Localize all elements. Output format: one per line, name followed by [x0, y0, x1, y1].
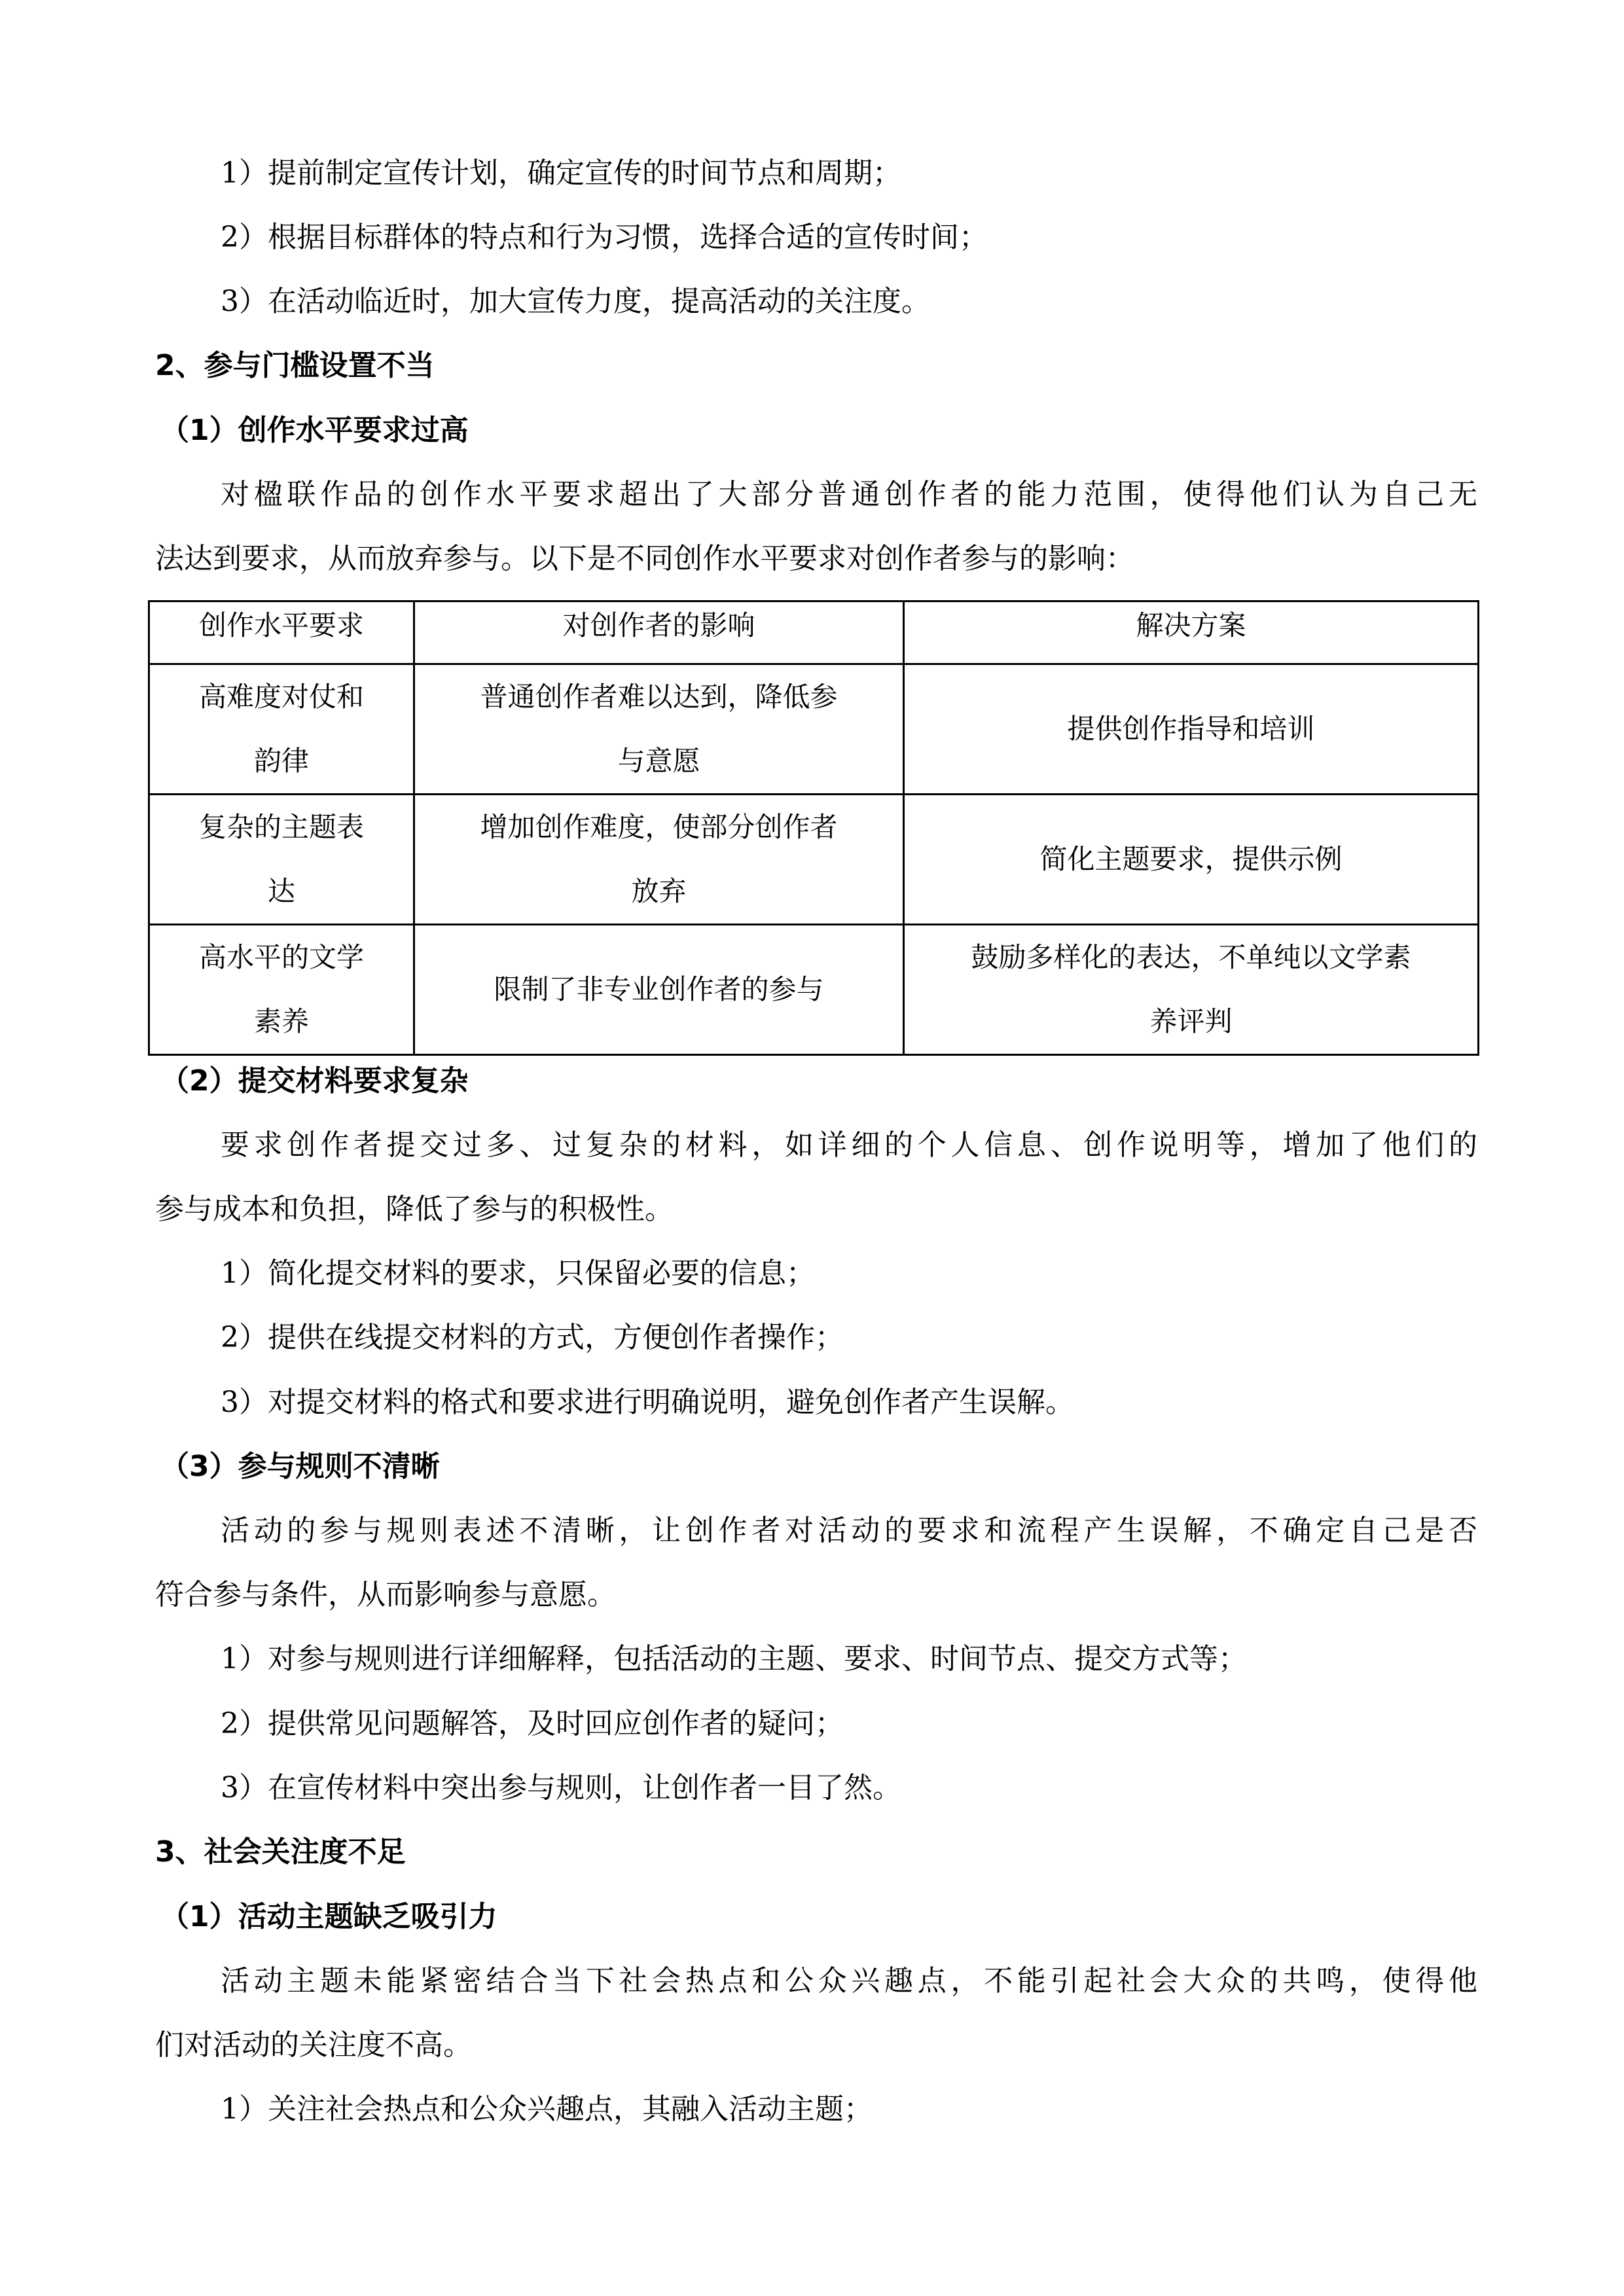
cell-line: 高水平的文学 — [156, 925, 406, 990]
table-cell: 高难度对仗和韵律 — [149, 664, 414, 795]
cell-line: 达 — [156, 859, 406, 924]
cell-line: 限制了非专业创作者的参与 — [422, 958, 896, 1022]
cell-line: 普通创作者难以达到，降低参 — [422, 665, 896, 729]
table-header-row: 创作水平要求 对创作者的影响 解决方案 — [149, 601, 1479, 664]
table-cell: 高水平的文学素养 — [149, 925, 414, 1055]
list-item: 2）根据目标群体的特点和行为习惯，选择合适的宣传时间； — [221, 218, 988, 257]
table-cell: 增加创作难度，使部分创作者放弃 — [414, 795, 904, 925]
cell-line: 提供创作指导和培训 — [911, 697, 1471, 761]
list-item: 3）在宣传材料中突出参与规则，让创作者一目了然。 — [221, 1768, 901, 1808]
subsection-heading: （1）创作水平要求过高 — [160, 411, 469, 450]
paragraph-text: 对楹联作品的创作水平要求超出了大部分普通创作者的能力范围，使得他们认为自己无 — [221, 475, 1477, 514]
table-cell: 复杂的主题表达 — [149, 795, 414, 925]
requirements-table: 创作水平要求 对创作者的影响 解决方案 高难度对仗和韵律 普通创作者难以达到，降… — [148, 600, 1479, 1056]
table-cell: 普通创作者难以达到，降低参与意愿 — [414, 664, 904, 795]
list-item: 1）提前制定宣传计划，确定宣传的时间节点和周期； — [221, 154, 901, 193]
list-item: 2）提供在线提交材料的方式，方便创作者操作； — [221, 1318, 844, 1357]
paragraph-text: 符合参与条件，从而影响参与意愿。 — [155, 1575, 616, 1615]
paragraph-text: 要求创作者提交过多、过复杂的材料，如详细的个人信息、创作说明等，增加了他们的 — [221, 1126, 1477, 1165]
section-heading: 3、社会关注度不足 — [155, 1833, 406, 1872]
subsection-heading: （3）参与规则不清晰 — [160, 1447, 440, 1486]
list-item: 3）对提交材料的格式和要求进行明确说明，避免创作者产生误解。 — [221, 1383, 1074, 1422]
list-item: 3）在活动临近时，加大宣传力度，提高活动的关注度。 — [221, 282, 930, 321]
paragraph-text: 们对活动的关注度不高。 — [155, 2026, 472, 2065]
table-row: 高水平的文学素养 限制了非专业创作者的参与 鼓励多样化的表达，不单纯以文学素养评… — [149, 925, 1479, 1055]
cell-line: 韵律 — [156, 729, 406, 793]
paragraph-text: 活动的参与规则表述不清晰，让创作者对活动的要求和流程产生误解，不确定自己是否 — [221, 1511, 1477, 1551]
cell-line: 与意愿 — [422, 729, 896, 793]
paragraph-text: 活动主题未能紧密结合当下社会热点和公众兴趣点，不能引起社会大众的共鸣，使得他 — [221, 1962, 1477, 2001]
table-cell: 提供创作指导和培训 — [904, 664, 1479, 795]
table-row: 复杂的主题表达 增加创作难度，使部分创作者放弃 简化主题要求，提供示例 — [149, 795, 1479, 925]
list-item: 1）简化提交材料的要求，只保留必要的信息； — [221, 1254, 815, 1293]
list-item: 1）关注社会热点和公众兴趣点，其融入活动主题； — [221, 2090, 873, 2129]
table-header-cell: 对创作者的影响 — [414, 601, 904, 664]
paragraph-text: 参与成本和负担，降低了参与的积极性。 — [155, 1190, 674, 1229]
list-item: 1）对参与规则进行详细解释，包括活动的主题、要求、时间节点、提交方式等； — [221, 1640, 1247, 1679]
cell-line: 放弃 — [422, 859, 896, 924]
section-heading: 2、参与门槛设置不当 — [155, 346, 435, 386]
cell-line: 高难度对仗和 — [156, 665, 406, 729]
table-header-cell: 创作水平要求 — [149, 601, 414, 664]
cell-line: 增加创作难度，使部分创作者 — [422, 795, 896, 859]
subsection-heading: （2）提交材料要求复杂 — [160, 1062, 469, 1101]
table-cell: 鼓励多样化的表达，不单纯以文学素养评判 — [904, 925, 1479, 1055]
table-row: 高难度对仗和韵律 普通创作者难以达到，降低参与意愿 提供创作指导和培训 — [149, 664, 1479, 795]
table-cell: 限制了非专业创作者的参与 — [414, 925, 904, 1055]
paragraph-text: 法达到要求，从而放弃参与。以下是不同创作水平要求对创作者参与的影响： — [155, 539, 1134, 579]
cell-line: 简化主题要求，提供示例 — [911, 827, 1471, 891]
subsection-heading: （1）活动主题缺乏吸引力 — [160, 1897, 497, 1937]
table-cell: 简化主题要求，提供示例 — [904, 795, 1479, 925]
cell-line: 养评判 — [911, 990, 1471, 1054]
list-item: 2）提供常见问题解答，及时回应创作者的疑问； — [221, 1704, 844, 1744]
cell-line: 素养 — [156, 990, 406, 1054]
cell-line: 鼓励多样化的表达，不单纯以文学素 — [911, 925, 1471, 990]
table-header-cell: 解决方案 — [904, 601, 1479, 664]
cell-line: 复杂的主题表 — [156, 795, 406, 859]
